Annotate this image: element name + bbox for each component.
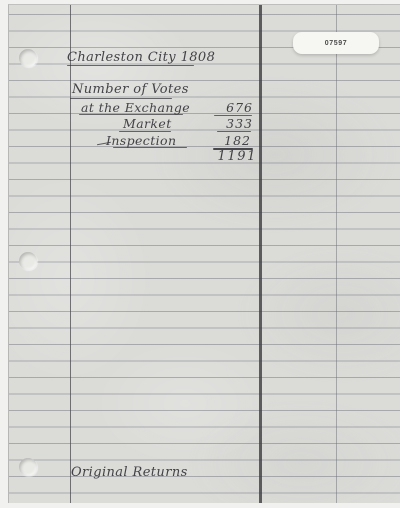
punch-hole bbox=[19, 49, 37, 67]
catalog-number: 07597 bbox=[325, 40, 347, 47]
catalog-label: 07597 bbox=[293, 32, 379, 54]
vote-row-value: 333 bbox=[213, 117, 253, 131]
vote-row-value: 182 bbox=[211, 134, 251, 148]
hand-underline bbox=[113, 147, 187, 148]
hand-underline bbox=[70, 98, 172, 99]
column-line bbox=[336, 5, 337, 503]
vote-row-value: 676 bbox=[213, 101, 253, 115]
section-heading: Number of Votes bbox=[72, 83, 189, 97]
vote-row-label: Inspection bbox=[106, 134, 176, 148]
hand-underline bbox=[119, 131, 171, 132]
margin-line bbox=[70, 5, 71, 503]
hand-underline bbox=[79, 114, 183, 115]
ruled-lines bbox=[9, 14, 400, 499]
hand-underline bbox=[67, 65, 194, 66]
vote-row-label: at the Exchange bbox=[81, 101, 190, 115]
hand-underline bbox=[217, 131, 251, 132]
punch-hole bbox=[19, 458, 37, 476]
footer-note: Original Returns bbox=[71, 466, 188, 480]
page-title: Charleston City 1808 bbox=[67, 51, 215, 65]
page-divider-line bbox=[259, 5, 262, 503]
vote-row-label: Market bbox=[123, 117, 172, 131]
total-value: 1191 bbox=[209, 150, 257, 164]
punch-hole bbox=[19, 252, 37, 270]
scanned-notebook-page: 07597 Charleston City 1808 Number of Vot… bbox=[8, 4, 400, 503]
